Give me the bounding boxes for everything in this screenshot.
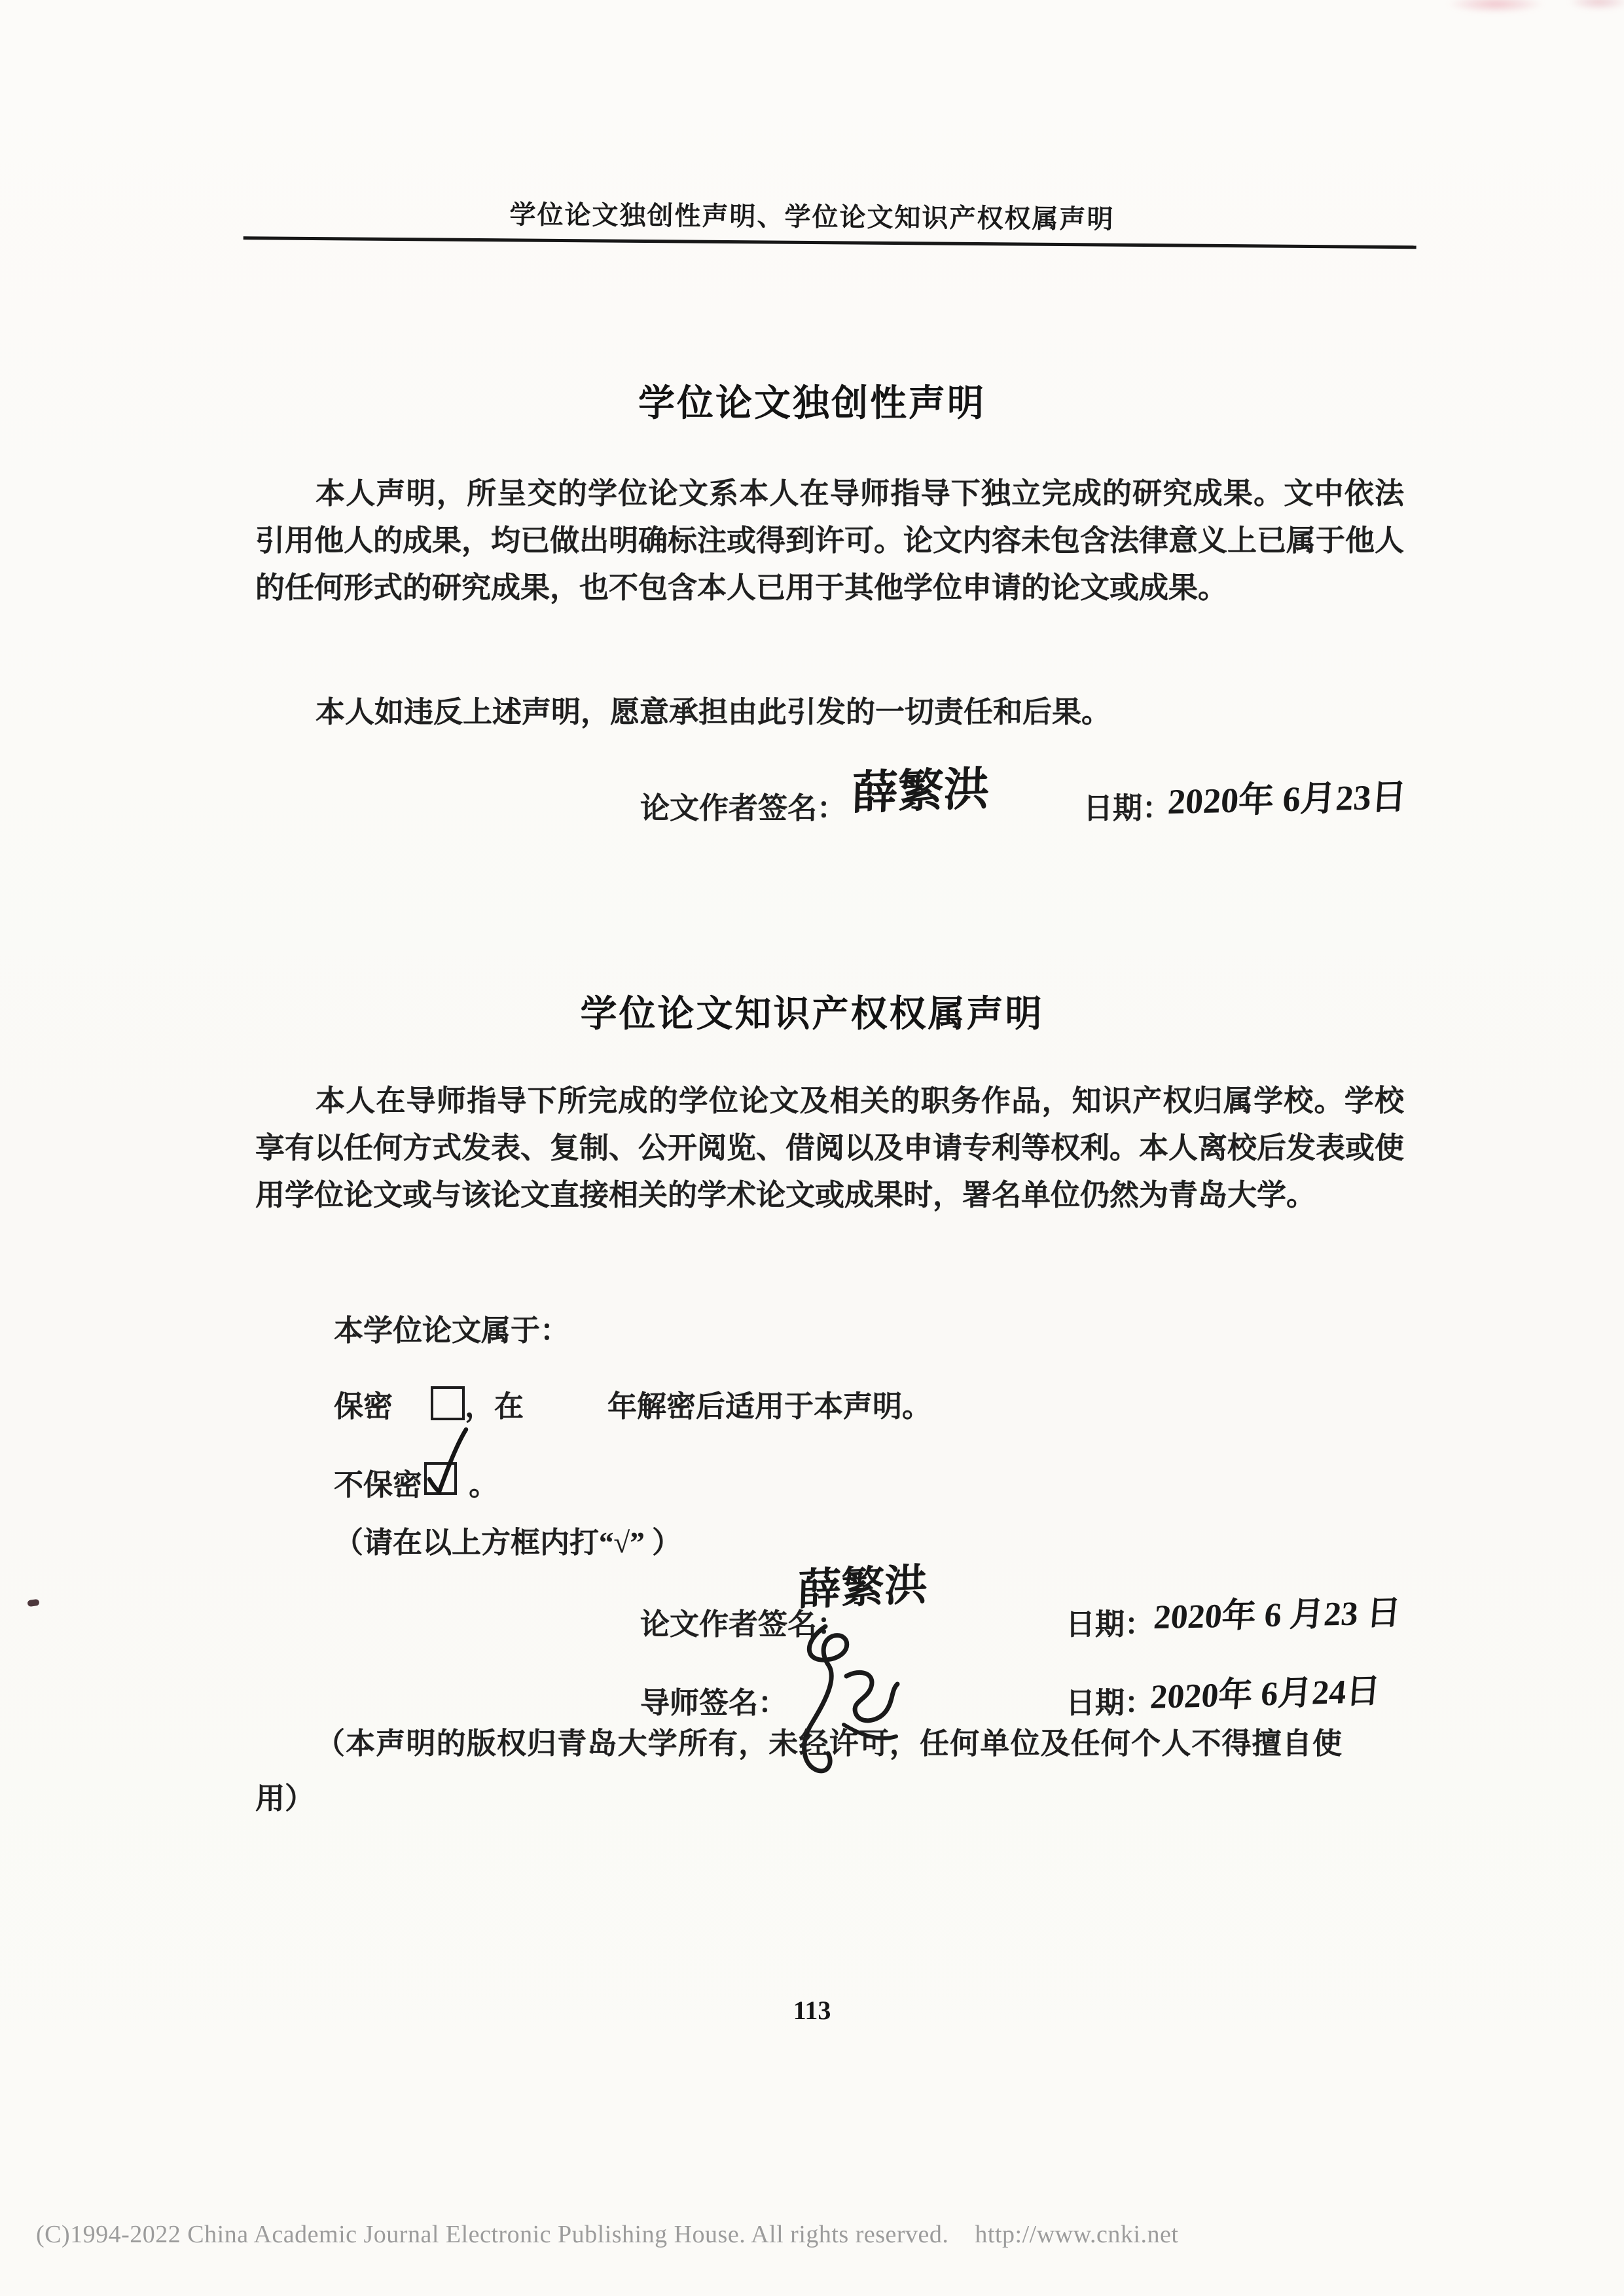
tick-instruction: （请在以上方框内打“√” ） [334, 1518, 681, 1561]
section1-paragraph-1: 本人声明，所呈交的学位论文系本人在导师指导下独立完成的研究成果。文中依法引用他人… [255, 470, 1404, 611]
checked-checkbox-icon [419, 1423, 474, 1500]
date-label: 日期： [1066, 1679, 1154, 1721]
secrecy-mid-text: ，在 [465, 1390, 524, 1423]
author-signature-handwriting: 薛繁洪 [851, 751, 990, 823]
date-handwriting: 2020年 6月24日 [1149, 1663, 1382, 1718]
section2-title: 学位论文知识产权权属声明 [0, 985, 1624, 1037]
copyright-note: （本声明的版权归青岛大学所有，未经许可，任何单位及任何个人不得擅自使用） [255, 1716, 1342, 1826]
cnki-copyright-footer: (C)1994-2022 China Academic Journal Elec… [36, 2220, 1178, 2249]
secrecy-label: 保密 [334, 1390, 393, 1423]
non-secrecy-label: 不保密 [334, 1469, 422, 1501]
section1-title: 学位论文独创性声明 [0, 374, 1624, 427]
scan-smudge [1447, 0, 1545, 13]
section1-paragraph-2: 本人如违反上述声明，愿意承担由此引发的一切责任和后果。 [255, 689, 1404, 736]
author-signature-label: 论文作者签名： [640, 784, 846, 827]
header-rule [244, 236, 1416, 249]
scan-smudge [1568, 0, 1624, 10]
secrecy-option-row: 保密，在年解密后适用于本声明。 [334, 1382, 931, 1425]
thesis-category-label: 本学位论文属于： [334, 1306, 569, 1349]
date-label: 日期： [1083, 784, 1172, 827]
author-signature-handwriting: 薛繁洪 [797, 1549, 928, 1617]
running-header: 学位论文独创性声明、学位论文知识产权权属声明 [0, 190, 1624, 240]
secrecy-suffix-text: 年解密后适用于本声明。 [607, 1390, 931, 1423]
date-label: 日期： [1066, 1600, 1154, 1643]
empty-checkbox [431, 1386, 465, 1420]
date-handwriting: 2020年 6月23日 [1166, 768, 1409, 824]
page-number: 113 [0, 1995, 1624, 2026]
date-handwriting: 2020年 6 月23 日 [1152, 1585, 1403, 1638]
section1-signature-row: 论文作者签名： 薛繁洪 日期： 2020年 6月23日 [0, 772, 1624, 864]
scanned-declaration-page: 学位论文独创性声明、学位论文知识产权权属声明 学位论文独创性声明 本人声明，所呈… [0, 0, 1624, 2296]
section2-paragraph-1: 本人在导师指导下所完成的学位论文及相关的职务作品，知识产权归属学校。学校享有以任… [255, 1077, 1404, 1219]
non-secrecy-option-row: 不保密 。 [334, 1461, 498, 1503]
running-header-title: 学位论文独创性声明、学位论文知识产权权属声明 [0, 190, 1624, 240]
